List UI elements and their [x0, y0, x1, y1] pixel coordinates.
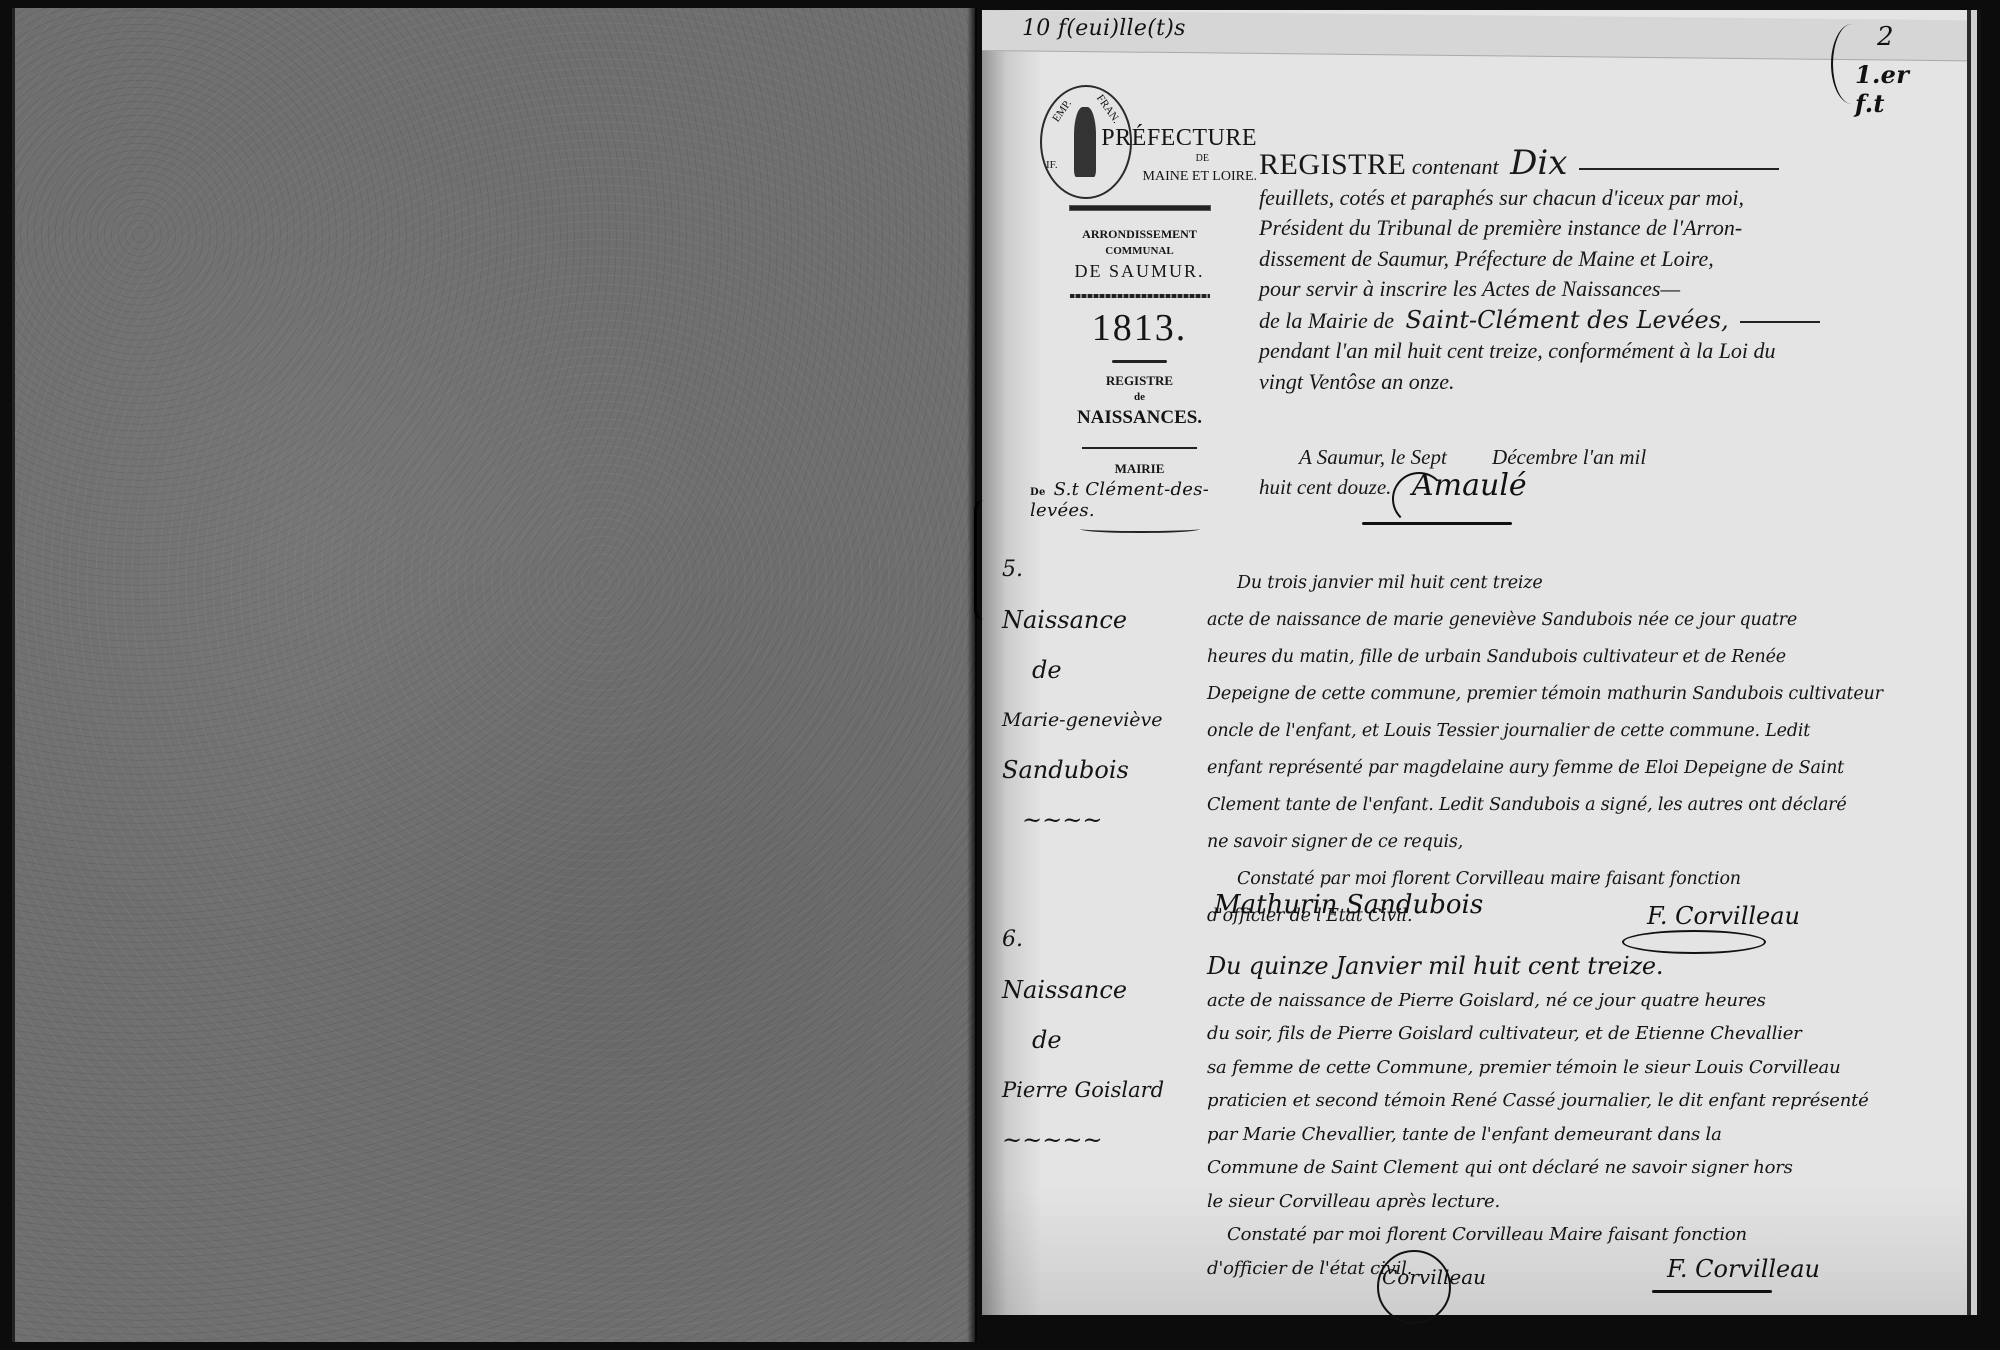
page-fold [974, 500, 1001, 620]
contenant-label: contenant [1412, 154, 1499, 179]
certificate-line-5: de la Mairie de Saint-Clément des Levées… [1259, 305, 1889, 337]
communal-label: COMMUNAL [1022, 245, 1257, 257]
certificate-line-6: pendant l'an mil huit cent treize, confo… [1259, 336, 1889, 367]
seal-figure-icon [1074, 107, 1096, 177]
certificate-line-4: pour servir à inscrire les Actes de Nais… [1259, 274, 1889, 305]
margin-line: Sandubois [1002, 745, 1182, 795]
act-line: oncle de l'enfant, et Louis Tessier jour… [1207, 713, 1907, 750]
act-line: sa femme de cette Commune, premier témoi… [1207, 1051, 1907, 1085]
fill-line [1740, 321, 1820, 323]
act-line: praticien et second témoin René Cassé jo… [1207, 1084, 1907, 1118]
folio-number: 2 [1877, 22, 1894, 52]
act-line: Commune de Saint Clement qui ont déclaré… [1207, 1151, 1907, 1185]
seal-text-right: FRAN. [1094, 92, 1122, 125]
act-line: enfant représenté par magdelaine aury fe… [1207, 750, 1907, 787]
date-month: Décembre l'an mil [1452, 445, 1646, 469]
signature-underline [1362, 522, 1512, 525]
margin-line: de [1002, 1015, 1182, 1065]
act-number: 6. [1002, 915, 1182, 965]
margin-line: Naissance [1002, 595, 1182, 645]
prefecture-de: DE [1196, 153, 1209, 164]
act-line: acte de naissance de Pierre Goislard, né… [1207, 984, 1907, 1018]
officer-signature: F. Corvilleau [1667, 1255, 1820, 1283]
sheet-count-note: 10 f(eui)lle(t)s [1022, 16, 1186, 41]
register-page: 10 f(eui)lle(t)s 2 1.er f.t EMP. FRAN. I… [982, 10, 1971, 1315]
saumur-label: DE SAUMUR. [1022, 261, 1257, 282]
seal-text-bottom: IF. [1046, 159, 1058, 171]
signature-flourish [1392, 472, 1446, 526]
header-column-body: ARRONDISSEMENT COMMUNAL DE SAUMUR. 1813.… [1022, 205, 1257, 537]
mairie-label: MAIRIE [1022, 461, 1257, 477]
act-line: par Marie Chevallier, tante de l'enfant … [1207, 1118, 1907, 1152]
margin-line: de [1002, 645, 1182, 695]
divider [1069, 205, 1211, 211]
act-line: Du trois janvier mil huit cent treize [1207, 565, 1907, 602]
witness-signature: Mathurin Sandubois [1214, 890, 1483, 920]
fill-line [1579, 168, 1779, 170]
registre-de: de [1022, 391, 1257, 403]
certificate-line-3: dissement de Saumur, Préfecture de Maine… [1259, 244, 1889, 275]
officer-signature: F. Corvilleau [1647, 902, 1800, 930]
margin-line: Marie-geneviève [1002, 695, 1182, 745]
register-year: 1813. [1022, 306, 1257, 350]
date-line-1: A Saumur, le Sept Décembre l'an mil [1259, 442, 1889, 472]
act-5-body: Du trois janvier mil huit cent treize ac… [1207, 565, 1907, 935]
commune-filled: Saint-Clément des Levées, [1400, 306, 1735, 334]
divider [1112, 360, 1167, 363]
certificate-line-2: Président du Tribunal de première instan… [1259, 213, 1889, 244]
act-line: Depeigne de cette commune, premier témoi… [1207, 676, 1907, 713]
signature-underline [1652, 1290, 1772, 1293]
divider [1082, 447, 1197, 449]
register-certificate: REGISTRE contenant Dix feuillets, cotés … [1259, 148, 1889, 397]
act-line: du soir, fils de Pierre Goislard cultiva… [1207, 1017, 1907, 1051]
act-5-margin: 5. Naissance de Marie-geneviève Sanduboi… [1002, 545, 1182, 845]
act-6-body: Du quinze Janvier mil huit cent treize. … [1207, 950, 1907, 1285]
day-filled: Sept [1411, 445, 1447, 469]
brace-divider [1080, 525, 1200, 533]
date-prefix: A Saumur, le [1259, 445, 1405, 469]
signature-flourish [1377, 1250, 1451, 1324]
sheet-count-filled: Dix [1504, 143, 1573, 183]
prefecture-label: PRÉFECTURE [1101, 125, 1257, 152]
act-line: le sieur Corvilleau après lecture. [1207, 1185, 1907, 1219]
act-number: 5. [1002, 545, 1182, 595]
mairie-name-handwritten: S.t Clément-des-levées. [1030, 479, 1209, 521]
prefecture-block: EMP. FRAN. IF. PRÉFECTURE DE MAINE ET LO… [1022, 85, 1257, 205]
act-line: ne savoir signer de ce requis, [1207, 824, 1907, 861]
arrondissement-label: ARRONDISSEMENT [1022, 227, 1257, 242]
act-line: acte de naissance de marie geneviève San… [1207, 602, 1907, 639]
act-line: Du quinze Janvier mil huit cent treize. [1207, 950, 1907, 984]
certificate-line-7: vingt Ventôse an onze. [1259, 367, 1889, 398]
register-header: EMP. FRAN. IF. PRÉFECTURE DE MAINE ET LO… [1022, 85, 1257, 205]
act-6-margin: 6. Naissance de Pierre Goislard ~~~~~ [1002, 915, 1182, 1165]
mairie-de: De [1030, 487, 1046, 498]
margin-line: Naissance [1002, 965, 1182, 1015]
ornamental-divider [1070, 294, 1210, 298]
registre-label: REGISTRE [1022, 373, 1257, 389]
mairie-name: De S.t Clément-des-levées. [1022, 479, 1257, 521]
margin-line: Pierre Goislard [1002, 1065, 1182, 1115]
act-line: heures du matin, fille de urbain Sandubo… [1207, 639, 1907, 676]
act-line: Clement tante de l'enfant. Ledit Sandubo… [1207, 787, 1907, 824]
date-year: huit cent douze. [1259, 472, 1889, 502]
line5-prefix: de la Mairie de [1259, 308, 1394, 333]
margin-flourish: ~~~~~ [1002, 1115, 1182, 1165]
registre-title: REGISTRE [1259, 148, 1406, 181]
left-page-endpaper [12, 8, 977, 1342]
spine-shadow [967, 8, 977, 1342]
act-line: Constaté par moi florent Corvilleau Mair… [1207, 1218, 1907, 1252]
certificate-title: REGISTRE contenant Dix [1259, 148, 1889, 183]
certificate-line-1: feuillets, cotés et paraphés sur chacun … [1259, 183, 1889, 214]
naissances-label: NAISSANCES. [1022, 407, 1257, 429]
seal-text-left: EMP. [1050, 98, 1074, 125]
sheet-number: 1.er f.t [1855, 60, 1941, 118]
margin-flourish: ~~~~ [1002, 795, 1182, 845]
folio-note: 2 1.er f.t [1831, 16, 1941, 96]
prefecture-name: MAINE ET LOIRE. [1143, 169, 1257, 185]
certificate-date: A Saumur, le Sept Décembre l'an mil huit… [1259, 442, 1889, 502]
